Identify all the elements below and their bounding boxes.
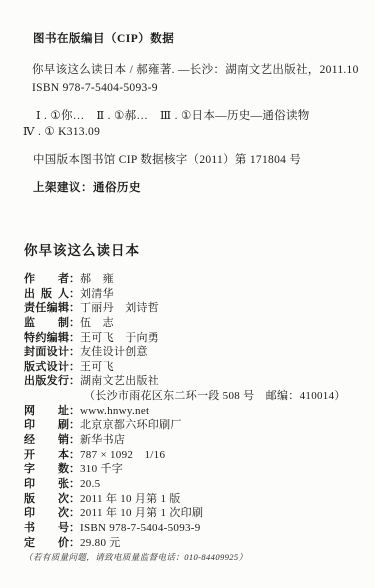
colophon-label: 责任编辑: [24, 301, 69, 316]
colophon-value: 2011 年 10 月第 1 版: [80, 493, 181, 505]
colophon-label: 网址: [24, 404, 69, 419]
shelf-advice: 上架建议：通俗历史: [33, 179, 141, 195]
colophon-row: 印张：20.5: [24, 477, 365, 492]
colophon-value: 友佳设计创意: [80, 346, 148, 358]
colophon-label: 经销: [24, 433, 69, 448]
colophon-row: 经销：新华书店: [24, 433, 365, 448]
colophon-row: 网址：www.hnwy.net: [24, 404, 365, 419]
colophon-label: 书号: [24, 521, 69, 536]
colophon-value: 王可飞 于向勇: [80, 332, 159, 344]
colophon-label: 定价: [24, 536, 69, 551]
colophon-row: 作者：郝 雍: [24, 272, 365, 287]
colophon-value: ISBN 978-7-5404-5093-9: [80, 522, 201, 534]
colophon-value: 北京京都六环印刷厂: [80, 419, 182, 431]
cip-bibliographic-line: 你早该这么读日本 / 郝雍著. —长沙：湖南文艺出版社，2011.10: [32, 61, 359, 79]
colophon-colon: ：: [69, 332, 80, 344]
colophon-value: 310 千字: [80, 463, 123, 475]
colophon-value: 新华书店: [80, 434, 125, 446]
colophon-colon: ：: [69, 419, 80, 431]
cip-record-number: 中国版本图书馆 CIP 数据核字（2011）第 171804 号: [33, 151, 301, 167]
colophon-row: 书号：ISBN 978-7-5404-5093-9: [24, 521, 365, 536]
colophon-label: 版次: [24, 492, 69, 507]
colophon-colon: ：: [69, 302, 80, 314]
colophon-value: 伍 志: [80, 317, 114, 329]
cip-classification-line-1: Ⅰ . ①你… Ⅱ . ①郝… Ⅲ . ①日本—历史—通俗读物: [36, 107, 310, 123]
colophon-colon: ：: [69, 478, 80, 490]
cip-bibliographic-block: 你早该这么读日本 / 郝雍著. —长沙：湖南文艺出版社，2011.10 ISBN…: [32, 61, 359, 97]
colophon-label: 监制: [24, 316, 69, 331]
colophon-row: 责任编辑：丁丽丹 刘诗哲: [24, 301, 365, 316]
colophon-colon: ：: [69, 522, 80, 534]
colophon-row: 印刷：北京京都六环印刷厂: [24, 418, 365, 433]
colophon-colon: ：: [69, 273, 80, 285]
colophon-value: 郝 雍: [80, 273, 114, 285]
colophon-colon: ：: [69, 537, 80, 549]
colophon-colon: ：: [69, 449, 80, 461]
colophon-row: 监制：伍 志: [24, 316, 365, 331]
colophon-label: 印刷: [24, 418, 69, 433]
colophon-colon: ：: [69, 463, 80, 475]
colophon-row: 印次：2011 年 10 月第 1 次印刷: [24, 506, 365, 521]
colophon-colon: ：: [69, 346, 80, 358]
colophon-row: 版次：2011 年 10 月第 1 版: [24, 492, 365, 507]
publisher-address: （长沙市雨花区东二环一段 508 号 邮编：410014）: [24, 389, 365, 404]
colophon-row: 字数：310 千字: [24, 462, 365, 477]
colophon-colon: ：: [69, 317, 80, 329]
colophon-colon: ：: [69, 361, 80, 373]
colophon-label: 封面设计: [24, 345, 69, 360]
colophon-value: 王可飞: [80, 361, 114, 373]
colophon-row: 定价：29.80 元: [24, 536, 365, 551]
colophon-value: 787 × 1092 1/16: [80, 449, 165, 461]
colophon-row: 出版发行：湖南文艺出版社: [24, 374, 365, 389]
colophon-value: www.hnwy.net: [80, 405, 149, 417]
quality-note: （若有质量问题，请致电质量监督电话：010-84409925）: [24, 551, 247, 563]
colophon-label: 出版人: [24, 287, 69, 302]
colophon-value: 2011 年 10 月第 1 次印刷: [80, 507, 203, 519]
colophon-label: 印次: [24, 506, 69, 521]
colophon-label: 印张: [24, 477, 69, 492]
copyright-page: 图书在版编目（CIP）数据 你早该这么读日本 / 郝雍著. —长沙：湖南文艺出版…: [0, 0, 375, 588]
colophon-value: 29.80 元: [80, 537, 121, 549]
colophon-label: 字数: [24, 462, 69, 477]
colophon-value: 湖南文艺出版社: [80, 375, 159, 387]
colophon-rows: 作者：郝 雍出版人：刘清华责任编辑：丁丽丹 刘诗哲监制：伍 志特约编辑：王可飞 …: [24, 272, 365, 550]
colophon-label: 开本: [24, 448, 69, 463]
colophon-value: 刘清华: [80, 288, 114, 300]
colophon-row: 出版人：刘清华: [24, 287, 365, 302]
colophon-row: 特约编辑：王可飞 于向勇: [24, 331, 365, 346]
colophon-row: 版式设计：王可飞: [24, 360, 365, 375]
colophon-label: 出版发行: [24, 374, 69, 389]
colophon-colon: ：: [69, 375, 80, 387]
colophon-label: 版式设计: [24, 360, 69, 375]
cip-header: 图书在版编目（CIP）数据: [33, 30, 174, 46]
colophon-colon: ：: [69, 288, 80, 300]
cip-classification-line-2: Ⅳ . ① K313.09: [23, 124, 100, 138]
colophon-colon: ：: [69, 493, 80, 505]
colophon-colon: ：: [69, 405, 80, 417]
colophon-label: 作者: [24, 272, 69, 287]
colophon-label: 特约编辑: [24, 331, 69, 346]
colophon-colon: ：: [69, 434, 80, 446]
colophon-value: 丁丽丹 刘诗哲: [80, 302, 159, 314]
cip-isbn-line: ISBN 978-7-5404-5093-9: [32, 79, 359, 97]
colophon-value: 20.5: [80, 478, 100, 490]
colophon-row: 开本：787 × 1092 1/16: [24, 448, 365, 463]
colophon-colon: ：: [69, 507, 80, 519]
colophon-row: 封面设计：友佳设计创意: [24, 345, 365, 360]
book-title: 你早该这么读日本: [24, 239, 140, 259]
